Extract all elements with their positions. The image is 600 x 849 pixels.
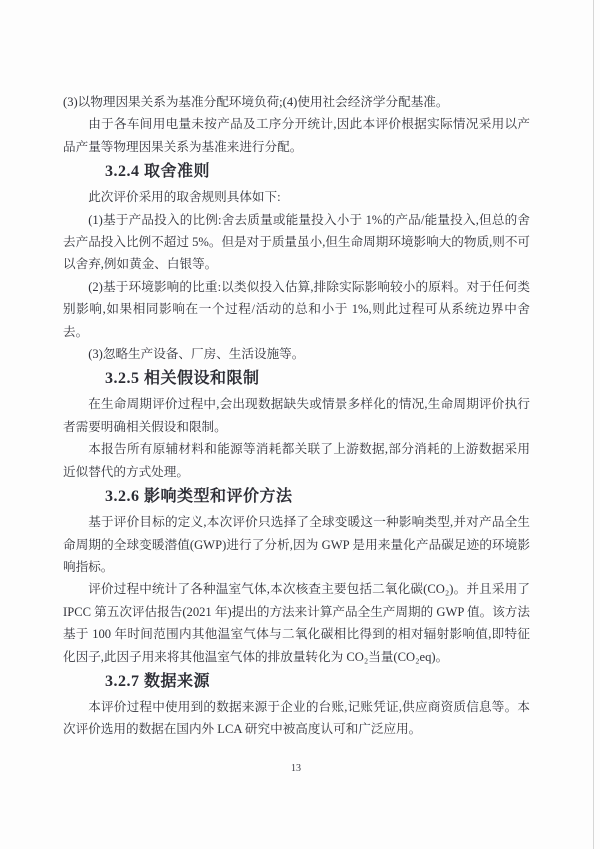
paragraph: 评价过程中统计了各种温室气体,本次核查主要包括二氧化碳(CO₂)。并且采用了 I…	[63, 578, 530, 668]
paragraph: 此次评价采用的取舍规则具体如下:	[63, 186, 530, 208]
paragraph: 本评价过程中使用到的数据来源于企业的台账,记账凭证,供应商资质信息等。本次评价选…	[63, 696, 530, 741]
paragraph: (3)忽略生产设备、厂房、生活设施等。	[63, 343, 530, 365]
heading-3-2-5: 3.2.5 相关假设和限制	[105, 366, 530, 392]
paragraph: (2)基于环境影响的比重:以类似投入估算,排除实际影响较小的原料。对于任何类别影…	[63, 276, 530, 343]
heading-3-2-6: 3.2.6 影响类型和评价方法	[105, 484, 530, 510]
paragraph: 在生命周期评价过程中,会出现数据缺失或情景多样化的情况,生命周期评价执行者需要明…	[63, 393, 530, 438]
paragraph: (3)以物理因果关系为基准分配环境负荷;(4)使用社会经济学分配基准。	[63, 91, 530, 113]
heading-3-2-4: 3.2.4 取舍准则	[105, 159, 530, 185]
scan-edge-line	[593, 0, 594, 849]
document-body: (3)以物理因果关系为基准分配环境负荷;(4)使用社会经济学分配基准。 由于各车…	[63, 91, 530, 741]
heading-3-2-7: 3.2.7 数据来源	[105, 669, 530, 695]
page-number: 13	[0, 763, 592, 774]
paragraph: 由于各车间用电量未按产品及工序分开统计,因此本评价根据实际情况采用以产品产量等物…	[63, 113, 530, 158]
document-page: (3)以物理因果关系为基准分配环境负荷;(4)使用社会经济学分配基准。 由于各车…	[0, 0, 600, 849]
paragraph: 基于评价目标的定义,本次评价只选择了全球变暖这一种影响类型,并对产品全生命周期的…	[63, 511, 530, 578]
paragraph: 本报告所有原辅材料和能源等消耗都关联了上游数据,部分消耗的上游数据采用近似替代的…	[63, 438, 530, 483]
paragraph: (1)基于产品投入的比例:舍去质量或能量投入小于 1%的产品/能量投入,但总的舍…	[63, 209, 530, 276]
